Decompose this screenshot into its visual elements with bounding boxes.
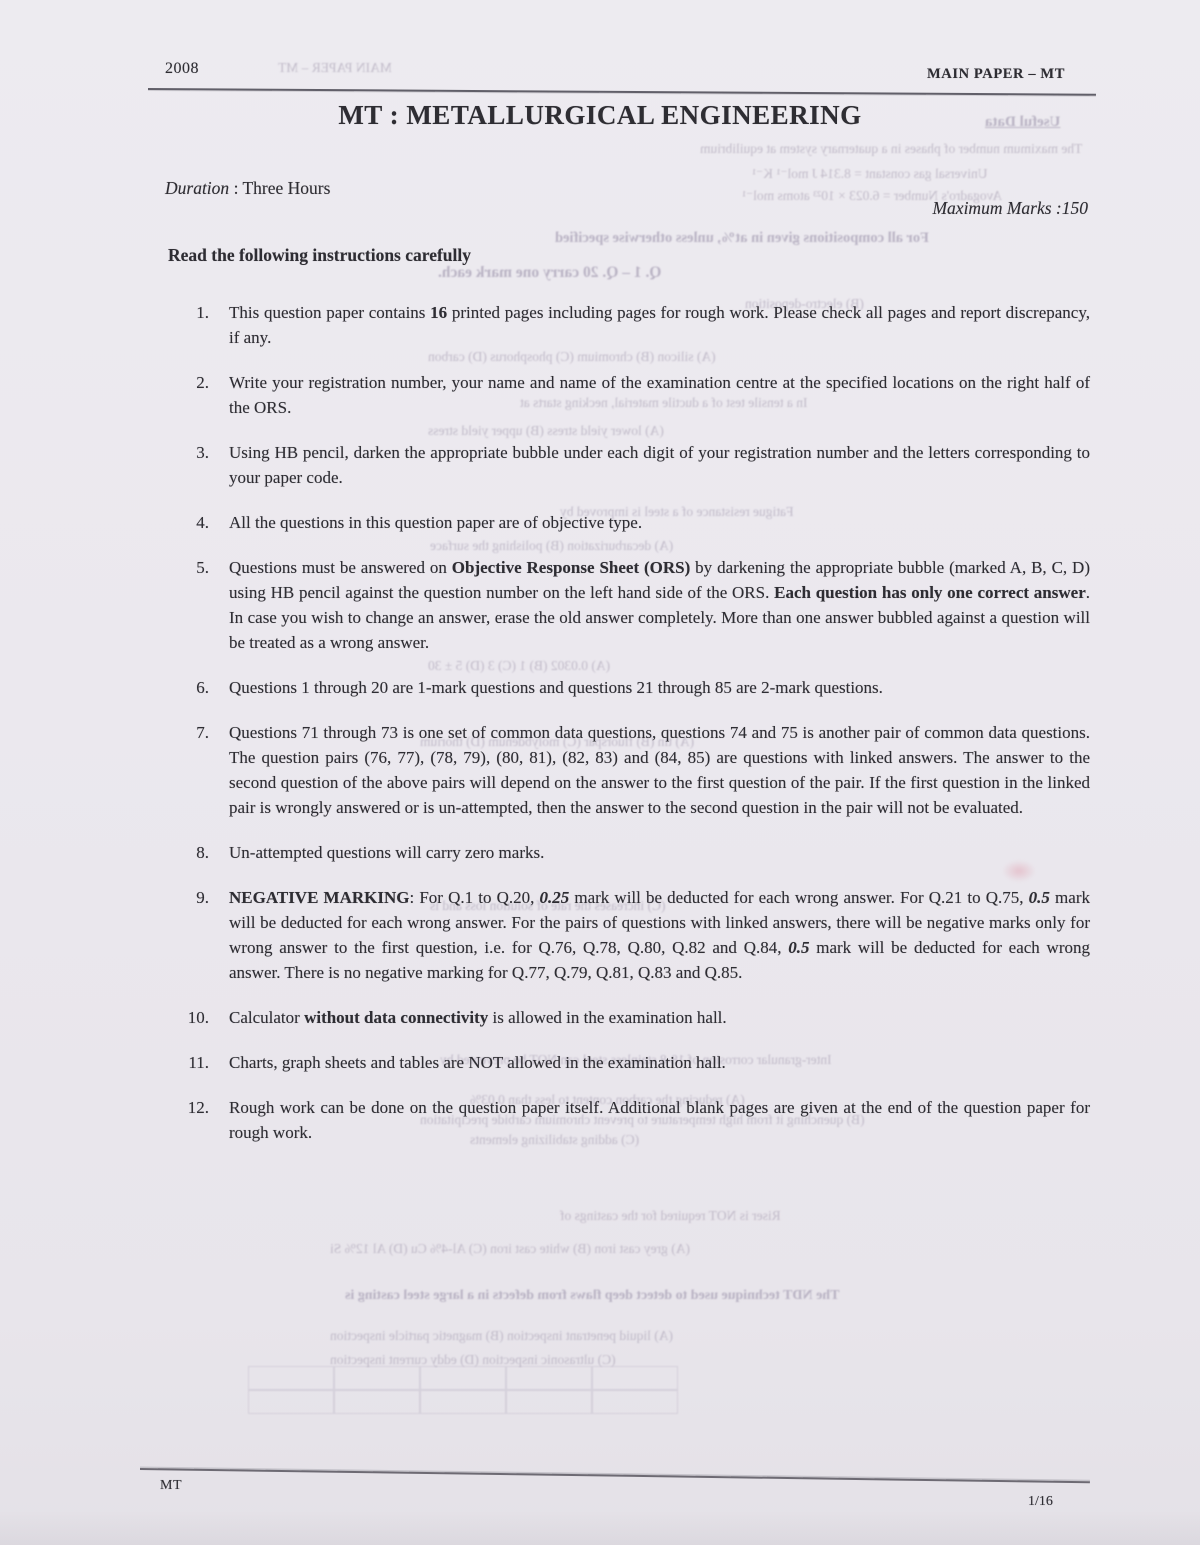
instruction-text: Calculator without data connectivity is … — [229, 1005, 1090, 1030]
instruction-text: All the questions in this question paper… — [229, 510, 1090, 535]
instruction-text: Questions must be answered on Objective … — [229, 555, 1090, 655]
ghost-bleed-table — [248, 1366, 678, 1414]
instruction-number: 1. — [165, 300, 209, 350]
instruction-number: 10. — [165, 1005, 209, 1030]
instruction-number: 12. — [165, 1095, 209, 1145]
ghost-bleed-text: MAIN PAPER – MT — [278, 60, 392, 76]
instruction-item: 6.Questions 1 through 20 are 1-mark ques… — [165, 675, 1090, 700]
duration-value: : Three Hours — [234, 178, 331, 198]
exam-year: 2008 — [165, 60, 199, 78]
ghost-bleed-text: (A) grey cast iron (B) white cast iron (… — [330, 1241, 690, 1257]
instruction-text: Rough work can be done on the question p… — [229, 1095, 1090, 1145]
instruction-number: 4. — [165, 510, 209, 535]
instruction-item: 7.Questions 71 through 73 is one set of … — [165, 720, 1090, 820]
instruction-item: 2.Write your registration number, your n… — [165, 370, 1090, 420]
page-title: MT : METALLURGICAL ENGINEERING — [140, 100, 1060, 131]
instruction-item: 3.Using HB pencil, darken the appropriat… — [165, 440, 1090, 490]
footer-rule — [140, 1468, 1090, 1483]
maximum-marks: Maximum Marks :150 — [932, 198, 1088, 219]
instruction-item: 1.This question paper contains 16 printe… — [165, 300, 1090, 350]
instruction-text: Questions 1 through 20 are 1-mark questi… — [229, 675, 1090, 700]
ghost-bleed-text: (A) liquid penetrant inspection (B) magn… — [330, 1328, 673, 1344]
instruction-number: 5. — [165, 555, 209, 655]
duration-label: Duration — [165, 178, 229, 198]
instructions-list: 1.This question paper contains 16 printe… — [165, 300, 1090, 1165]
ghost-bleed-text: Riser is NOT required for the castings o… — [560, 1208, 781, 1224]
instruction-text: This question paper contains 16 printed … — [229, 300, 1090, 350]
instruction-text: NEGATIVE MARKING: For Q.1 to Q.20, 0.25 … — [229, 885, 1090, 985]
instruction-text: Write your registration number, your nam… — [229, 370, 1090, 420]
instruction-item: 10.Calculator without data connectivity … — [165, 1005, 1090, 1030]
instruction-number: 7. — [165, 720, 209, 820]
instruction-number: 9. — [165, 885, 209, 985]
instruction-item: 11.Charts, graph sheets and tables are N… — [165, 1050, 1090, 1075]
duration-line: Duration : Three Hours — [165, 178, 330, 199]
instruction-text: Un-attempted questions will carry zero m… — [229, 840, 1090, 865]
instruction-item: 5.Questions must be answered on Objectiv… — [165, 555, 1090, 655]
header-paper-label: MAIN PAPER – MT — [927, 66, 1065, 83]
ghost-bleed-text: For all compositions given in at%, unles… — [555, 230, 929, 247]
instruction-number: 8. — [165, 840, 209, 865]
ghost-bleed-text: The maximum number of phases in a quater… — [700, 141, 1082, 157]
instruction-text: Questions 71 through 73 is one set of co… — [229, 720, 1090, 820]
instruction-item: 8.Un-attempted questions will carry zero… — [165, 840, 1090, 865]
instruction-text: Using HB pencil, darken the appropriate … — [229, 440, 1090, 490]
instructions-heading: Read the following instructions carefull… — [168, 245, 471, 266]
instruction-item: 9.NEGATIVE MARKING: For Q.1 to Q.20, 0.2… — [165, 885, 1090, 985]
footer-paper-code: MT — [160, 1478, 182, 1494]
ghost-bleed-text: Q. 1 – Q. 20 carry one mark each. — [438, 264, 661, 282]
ghost-bleed-text: The NDT technique used to detect deep fl… — [345, 1288, 839, 1304]
header-rule — [148, 88, 1096, 96]
instruction-item: 4.All the questions in this question pap… — [165, 510, 1090, 535]
instruction-number: 11. — [165, 1050, 209, 1075]
scanned-exam-page: MAIN PAPER – MTUseful DataThe maximum nu… — [0, 0, 1200, 1545]
instruction-item: 12.Rough work can be done on the questio… — [165, 1095, 1090, 1145]
footer-page-number: 1/16 — [1028, 1494, 1053, 1510]
instruction-number: 6. — [165, 675, 209, 700]
instruction-text: Charts, graph sheets and tables are NOT … — [229, 1050, 1090, 1075]
ghost-bleed-text: Universal gas constant = 8.314 J mol⁻¹ K… — [752, 166, 987, 182]
instruction-number: 3. — [165, 440, 209, 490]
ghost-bleed-text: (C) ultrasonic inspection (D) eddy curre… — [330, 1352, 616, 1368]
instruction-number: 2. — [165, 370, 209, 420]
